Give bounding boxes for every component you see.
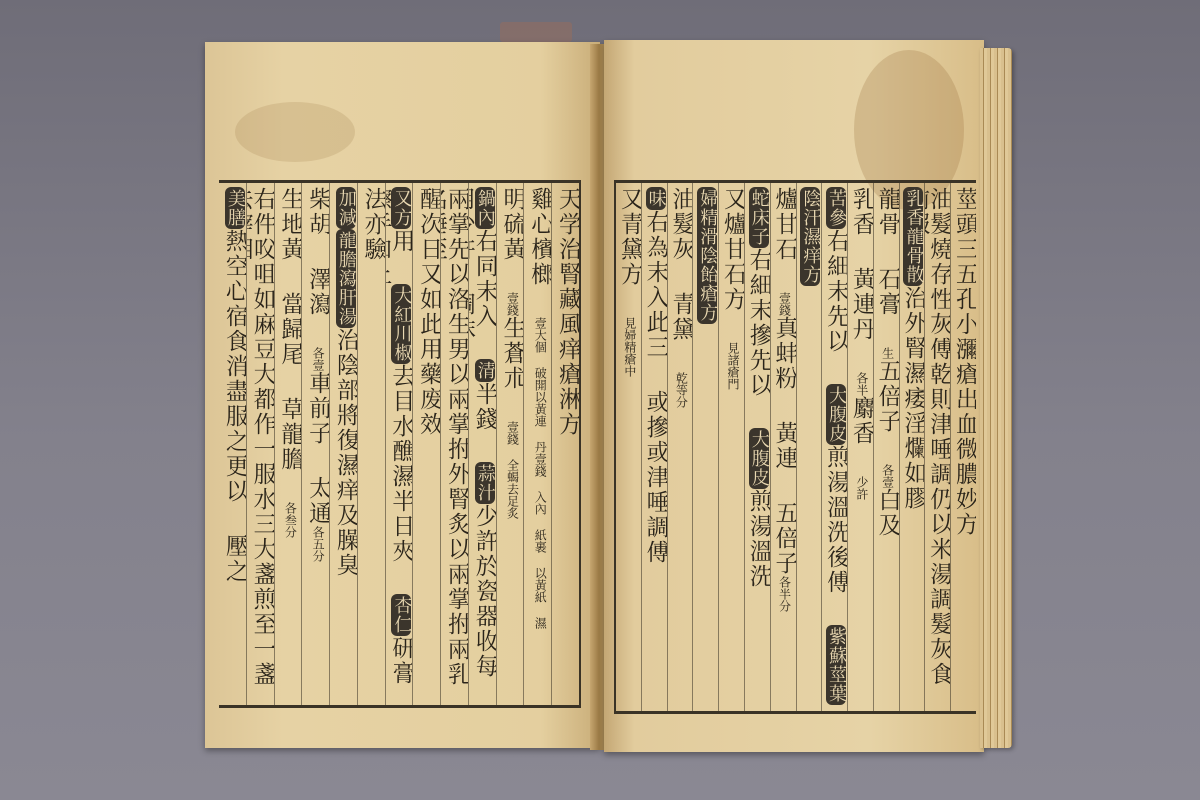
column-text: 治外腎濕痿淫爛如膠 [900,286,924,511]
column-text: 或摻或津唾調傅 [643,390,667,565]
column-text: 乳香 [849,187,873,237]
page-edge-stack [980,48,1012,748]
annotation-text: 各半分 [778,576,792,612]
text-column: 乳香黃連丹各半麝香少許 [847,183,873,711]
text-column: 莖頭三五孔小瀰瘡出血微膿妙方 [950,183,976,711]
annotation-text: 壹錢 [778,292,792,316]
boxed-heading: 大紅川椒 [391,284,411,364]
column-text: 兩掌先以洛生男以兩掌拊外腎炙以兩掌拊兩乳名睡至 [440,187,468,687]
column-text: 又爐甘石方 [720,187,744,312]
column-text: 油髮灰 [668,187,692,262]
boxed-heading: 大腹皮 [826,384,846,445]
text-column: 陰汗濕痒方 [796,183,822,711]
column-text: 右同末入 [472,229,496,329]
column-text: 柴胡 [305,187,329,237]
column-text: 莖頭三五孔小瀰瘡出血微膿妙方 [952,187,976,537]
column-text: 五倍子 [772,501,796,576]
annotation-text: 見諸瘡門 [726,342,740,390]
text-column: 加減龍膽瀉肝湯治陰部將復濕痒及臊臭 [329,183,357,705]
column-text: 用 [388,229,412,254]
boxed-heading: 蒜汁 [475,462,495,504]
annotation-text: 各五分 [311,526,325,562]
boxed-heading: 加減 [336,187,356,229]
annotation-text: 壹錢 全蝎 [505,421,519,483]
column-text: 黃連丹 [849,267,873,342]
text-column: 柴胡澤瀉各壹車前子太通各五分 [301,183,329,705]
text-column: 右件㕮咀如麻豆大都作一服水三大盞煎至一盞去滓相 [246,183,274,705]
column-text: 澤瀉 [305,267,329,317]
text-column: 又青黛方見婦精瘡中 [616,183,641,711]
column-text: 生地黃 [277,187,301,262]
annotation-text: 壹大個 破開以黃連 丹壹錢 入內 紙裹 以黃紙 濕 [533,317,547,629]
text-column: 生地黃當歸尾草龍膽各叁分 [274,183,302,705]
text-column: 乳香龍骨散治外腎濕痿淫爛如膠 [899,183,925,711]
boxed-heading: 味 [646,187,666,210]
text-column: 鍋內右同末入清半錢蒜汁少許於瓷器收每用少許調抹 [468,183,496,705]
column-text: 半錢 [472,382,496,432]
right-page: 莖頭三五孔小瀰瘡出血微膿妙方油髮燒存性灰傅乾則津唾調仍以米湯調髮灰食前服乳香龍骨… [604,40,984,752]
column-text: 醒次日又如此用藥废效 [416,187,440,437]
annotation-text: 壹錢 [505,292,519,316]
annotation-text: 生 [881,347,895,359]
column-text: 法亦驗 [361,187,385,262]
column-text: 石膏 [875,267,899,317]
column-text: 天学治腎藏風痒瘡淋方 [555,187,579,437]
annotation-text: 少許 [855,476,869,500]
left-page-columns: 天学治腎藏風痒瘡淋方雞心檳榔壹大個 破開以黃連 丹壹錢 入內 紙裹 以黃紙 濕明… [219,183,579,705]
column-text: 麝香 [849,396,873,446]
column-text: 真蚌粉 [772,316,796,391]
boxed-heading: 美膳 [225,187,245,229]
column-text: 白及 [875,488,899,538]
catalog-label [500,22,572,42]
boxed-heading: 龍膽瀉肝湯 [336,229,356,328]
boxed-heading: 又方 [391,187,411,229]
text-column: 雞心檳榔壹大個 破開以黃連 丹壹錢 入內 紙裹 以黃紙 濕 [523,183,551,705]
column-text: 當歸尾 [277,292,301,367]
column-text: 五倍子 [875,359,899,434]
text-column: 又方用大紅川椒去目水醮濕半日夾杏仁研膏擦手如上 [385,183,413,705]
boxed-heading: 蛇床子 [749,187,769,248]
text-column: 婦精滑陰飴瘡方 [692,183,718,711]
annotation-text: 乾等分 [674,372,688,408]
annotation-text: 去足炙 [505,483,519,519]
boxed-heading: 紫蘇莖葉 [826,625,846,705]
column-text: 調抹 [468,292,475,342]
boxed-heading: 婦精滑陰飴瘡方 [697,187,717,324]
column-text: 明硫黃 [499,187,523,262]
column-text: 右細末摻先以 [746,248,770,398]
text-column: 龍骨石膏生五倍子各壹白及 [873,183,899,711]
column-text: 油髮燒存性灰傅乾則津唾調仍以米湯調髮灰食前服 [924,187,950,687]
column-text: 太通 [305,476,329,526]
boxed-heading: 苦參 [826,187,846,229]
column-text: 又青黛方 [617,187,641,287]
text-column: 醒次日又如此用藥废效 [412,183,440,705]
column-text: 草龍膽 [277,397,301,472]
boxed-heading: 杏仁 [391,594,411,636]
text-column: 美膳熱空心宿食消盡服之更以壓之 [219,183,246,705]
text-column: 天学治腎藏風痒瘡淋方 [551,183,579,705]
annotation-text: 見婦精瘡中 [623,317,637,377]
column-text: 雞心檳榔 [527,187,551,287]
column-text: 龍骨 [875,187,899,237]
text-column: 苦參右細末先以大腹皮煎湯溫洗後傅紫蘇莖葉 [821,183,847,711]
text-column: 爐甘石壹錢真蚌粉黃連五倍子各半分 [770,183,796,711]
boxed-heading: 大腹皮 [749,428,769,489]
column-text: 右為末入此三 [643,210,667,360]
annotation-text: 各壹 [311,347,325,371]
text-column: 蛇床子右細末摻先以大腹皮煎湯溫洗 [744,183,770,711]
column-text: 爐甘石 [772,187,796,262]
column-text: 右細末先以 [823,229,847,354]
text-column: 明硫黃壹錢生蒼朮壹錢 全蝎去足炙 [496,183,524,705]
boxed-heading: 清 [475,359,495,382]
column-text: 煎湯溫洗後傅 [823,445,847,595]
text-column: 味右為末入此三或摻或津唾調傅 [641,183,667,711]
column-text: 黃連 [772,421,796,471]
column-text: 熱空心宿食消盡服之更以 [222,229,246,504]
column-text: 煎湯溫洗 [746,489,770,589]
column-text: 生蒼朮 [499,316,523,391]
boxed-heading: 陰汗濕痒方 [800,187,820,286]
column-text: 壓之 [222,534,246,584]
column-text: 青黛 [668,292,692,342]
boxed-heading: 鍋內 [475,187,495,229]
paper-stain [235,102,355,162]
text-column: 油髮燒存性灰傅乾則津唾調仍以米湯調髮灰食前服 [924,183,950,711]
right-page-columns: 莖頭三五孔小瀰瘡出血微膿妙方油髮燒存性灰傅乾則津唾調仍以米湯調髮灰食前服乳香龍骨… [616,183,976,711]
left-page-frame: 天学治腎藏風痒瘡淋方雞心檳榔壹大個 破開以黃連 丹壹錢 入內 紙裹 以黃紙 濕明… [219,180,581,708]
left-page: 天学治腎藏風痒瘡淋方雞心檳榔壹大個 破開以黃連 丹壹錢 入內 紙裹 以黃紙 濕明… [205,42,600,748]
column-text: 治陰部將復濕痒及臊臭 [333,328,357,578]
column-text: 車前子 [305,371,329,446]
column-text: 右件㕮咀如麻豆大都作一服水三大盞煎至一盞去滓相 [246,187,274,687]
column-text: 去目水醮濕半日夾 [388,364,412,564]
annotation-text: 各壹 [881,464,895,488]
text-column: 法亦驗 [357,183,385,705]
annotation-text: 各半 [855,372,869,396]
text-column: 又爐甘石方見諸瘡門 [718,183,744,711]
right-page-frame: 莖頭三五孔小瀰瘡出血微膿妙方油髮燒存性灰傅乾則津唾調仍以米湯調髮灰食前服乳香龍骨… [614,180,976,714]
annotation-text: 各叁分 [283,502,297,538]
boxed-heading: 乳香龍骨散 [903,187,923,286]
text-column: 油髮灰青黛乾等分 [667,183,693,711]
text-column: 兩掌先以洛生男以兩掌拊外腎炙以兩掌拊兩乳名睡至 [440,183,468,705]
